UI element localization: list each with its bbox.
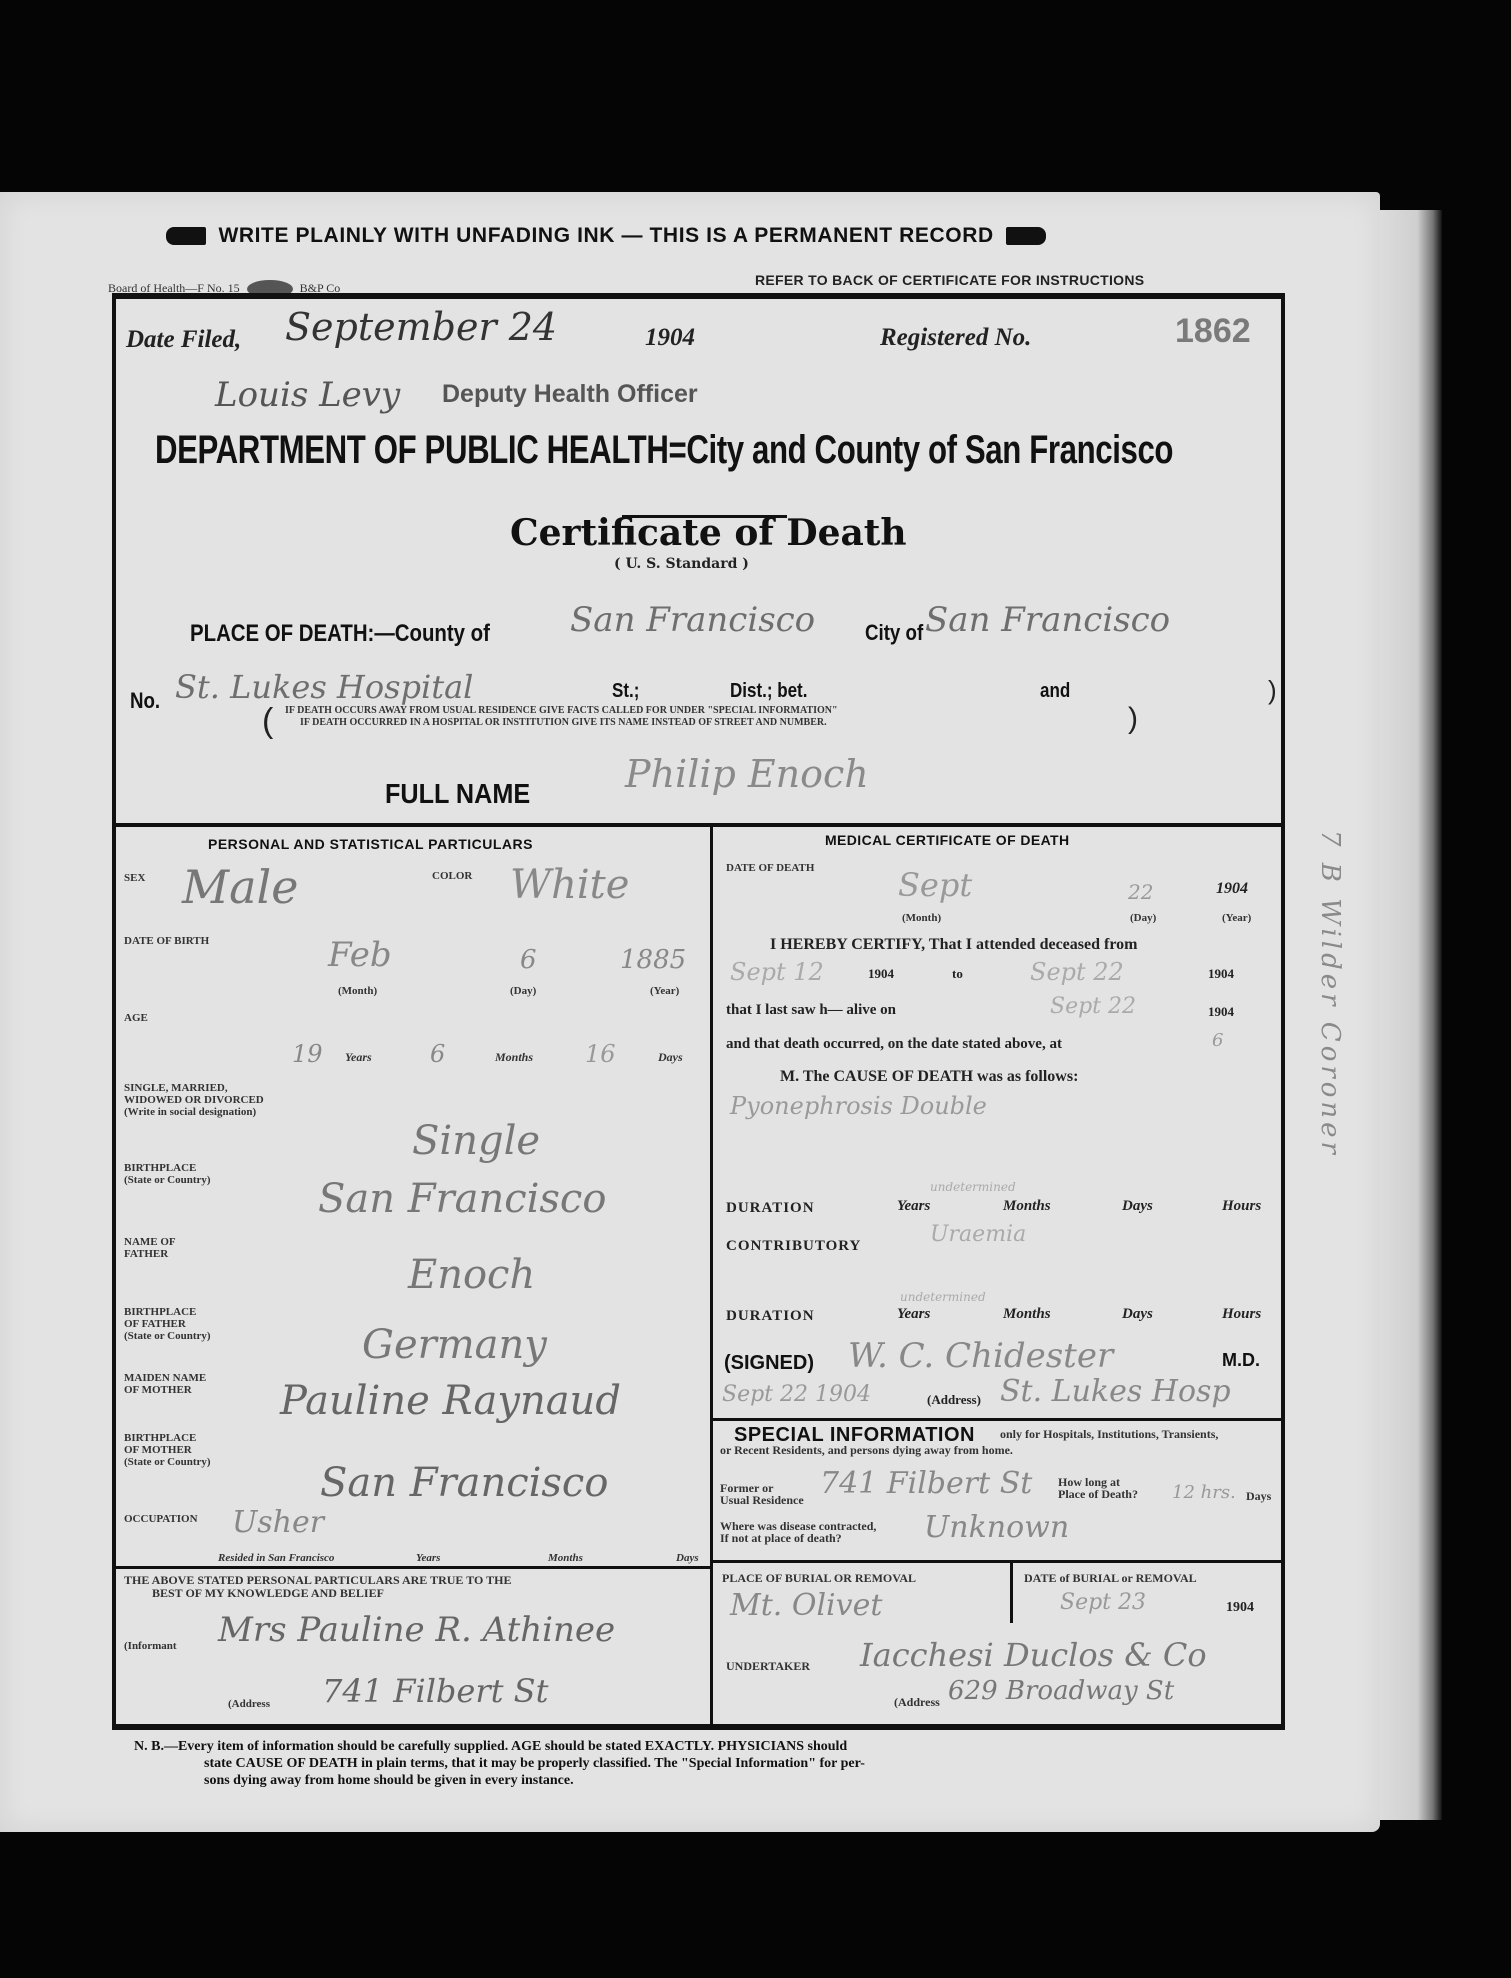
occurred-text: and that death occurred, on the date sta…: [726, 1036, 1062, 1053]
city-label: City of: [865, 620, 923, 646]
undertaker-label: UNDERTAKER: [726, 1660, 810, 1672]
filed-year: 1904: [645, 324, 695, 352]
informant-address-label: (Address: [228, 1698, 270, 1710]
burial-place-label: PLACE OF BURIAL OR REMOVAL: [722, 1572, 916, 1584]
physician-address: St. Lukes Hosp: [1000, 1374, 1231, 1409]
informant-divider: [116, 1566, 710, 1569]
duration1-years: Years: [897, 1198, 930, 1215]
age-days: 16: [585, 1040, 616, 1068]
occupation-label: OCCUPATION: [124, 1513, 198, 1525]
informant-address: 741 Filbert St: [322, 1672, 548, 1710]
howlong-label: How long at Place of Death?: [1058, 1476, 1138, 1500]
duration2-hours: Hours: [1222, 1306, 1261, 1323]
residence-label-line2: Usual Residence: [720, 1494, 804, 1506]
residence-label: Former or Usual Residence: [720, 1482, 804, 1506]
age-months-caption: Months: [495, 1050, 533, 1065]
special-divider: [713, 1418, 1281, 1421]
full-name-value: Philip Enoch: [625, 752, 869, 796]
undertaker-address-label: (Address: [894, 1696, 940, 1708]
banner-text: WRITE PLAINLY WITH UNFADING INK — THIS I…: [218, 224, 993, 247]
mother-label-line2: OF MOTHER: [124, 1384, 206, 1396]
resided-months-caption: Months: [548, 1552, 583, 1564]
mother-bp-line3: (State or Country): [124, 1456, 211, 1468]
attest-text: THE ABOVE STATED PERSONAL PARTICULARS AR…: [124, 1574, 511, 1600]
contributory-value: Uraemia: [930, 1222, 1026, 1247]
signed-label: (SIGNED): [724, 1352, 814, 1375]
sex-value: Male: [182, 860, 298, 914]
occurred-hour: 6: [1212, 1030, 1223, 1051]
street-label: St.;: [612, 680, 639, 703]
paren-open: (: [262, 702, 273, 741]
age-months: 6: [430, 1040, 445, 1068]
howlong-value: 12 hrs.: [1172, 1482, 1236, 1503]
registered-label: Registered No.: [880, 324, 1031, 352]
birthplace-label-line1: BIRTHPLACE: [124, 1162, 211, 1174]
burial-date-value: Sept 23: [1060, 1590, 1146, 1615]
father-label: NAME OF FATHER: [124, 1236, 176, 1260]
pointing-hand-icon: [166, 227, 206, 245]
paren-close: ): [1268, 675, 1277, 706]
father-bp-line1: BIRTHPLACE: [124, 1306, 211, 1318]
certificate-subtitle: ( U. S. Standard ): [614, 556, 749, 572]
column-divider: [710, 827, 713, 1725]
attended-to-year: 1904: [1208, 966, 1234, 982]
age-years-caption: Years: [345, 1050, 372, 1065]
top-banner: WRITE PLAINLY WITH UNFADING INK — THIS I…: [160, 224, 1052, 248]
mother-bp-line1: BIRTHPLACE: [124, 1432, 211, 1444]
dod-label: DATE OF DEATH: [726, 862, 814, 874]
book-binding-edge: [1380, 210, 1442, 1820]
last-saw-text: that I last saw h— alive on: [726, 1002, 896, 1019]
dob-day: 6: [520, 945, 537, 975]
district-label: Dist.; bet.: [730, 680, 807, 703]
pointing-hand-icon: [1006, 227, 1046, 245]
attest-line2: BEST OF MY KNOWLEDGE AND BELIEF: [124, 1587, 511, 1600]
dob-month: Feb: [328, 935, 392, 975]
dod-day-caption: (Day): [1130, 912, 1156, 924]
duration1-note: undetermined: [930, 1180, 1016, 1194]
attended-from-year: 1904: [868, 966, 894, 982]
dod-month: Sept: [898, 866, 972, 904]
duration2-days: Days: [1122, 1306, 1153, 1323]
father-label-line1: NAME OF: [124, 1236, 176, 1248]
cause-text: M. The CAUSE OF DEATH was as follows:: [780, 1068, 1078, 1086]
dob-month-caption: (Month): [338, 985, 377, 997]
full-name-label: FULL NAME: [385, 778, 530, 810]
undertaker-address: 629 Broadway St: [948, 1676, 1174, 1706]
age-days-caption: Days: [658, 1050, 683, 1065]
father-bp-line3: (State or Country): [124, 1330, 211, 1342]
place-note-line1: IF DEATH OCCURS AWAY FROM USUAL RESIDENC…: [285, 705, 838, 717]
date-filed-label: Date Filed,: [126, 326, 241, 354]
age-years: 19: [292, 1040, 323, 1068]
paren-close-2: ): [1128, 702, 1138, 736]
section-divider: [116, 823, 1281, 827]
footer-line2: state CAUSE OF DEATH in plain terms, tha…: [134, 1755, 865, 1772]
physician-signature: W. C. Chidester: [848, 1336, 1113, 1376]
attended-from-date: Sept 12: [730, 958, 824, 986]
duration2-note: undetermined: [900, 1290, 986, 1304]
mother-label-line1: MAIDEN NAME: [124, 1372, 206, 1384]
department-title: DEPARTMENT OF PUBLIC HEALTH=City and Cou…: [155, 428, 1173, 473]
burial-date-label: DATE of BURIAL or REMOVAL: [1024, 1572, 1197, 1584]
footer-note: N. B.—Every item of information should b…: [134, 1738, 865, 1789]
burial-column-divider: [1010, 1563, 1013, 1623]
resided-years-caption: Years: [416, 1552, 440, 1564]
street-number-value: St. Lukes Hospital: [175, 668, 473, 706]
dob-day-caption: (Day): [510, 985, 536, 997]
attended-to-label: to: [952, 966, 963, 982]
dod-day: 22: [1128, 880, 1153, 904]
dod-year-caption: (Year): [1222, 912, 1251, 924]
duration2-label: DURATION: [726, 1308, 815, 1325]
burial-divider: [713, 1560, 1281, 1563]
mother-value: Pauline Raynaud: [280, 1378, 621, 1424]
cause-value: Pyonephrosis Double: [730, 1092, 987, 1120]
birthplace-label-line2: (State or Country): [124, 1174, 211, 1186]
dob-label: DATE OF BIRTH: [124, 935, 209, 947]
color-label: COLOR: [432, 870, 472, 882]
marital-label: SINGLE, MARRIED, WIDOWED OR DIVORCED (Wr…: [124, 1082, 264, 1118]
mother-bp-line2: OF MOTHER: [124, 1444, 211, 1456]
howlong-unit: Days: [1246, 1490, 1271, 1502]
mother-birthplace-label: BIRTHPLACE OF MOTHER (State or Country): [124, 1432, 211, 1468]
registered-number: 1862: [1175, 312, 1251, 351]
burial-year: 1904: [1226, 1600, 1254, 1616]
special-heading-note-2: or Recent Residents, and persons dying a…: [720, 1444, 1013, 1456]
color-value: White: [510, 862, 629, 908]
footer-line1: N. B.—Every item of information should b…: [134, 1738, 865, 1755]
officer-title: Deputy Health Officer: [442, 380, 698, 409]
personal-heading: PERSONAL AND STATISTICAL PARTICULARS: [208, 836, 533, 852]
officer-signature: Louis Levy: [215, 375, 400, 415]
father-label-line2: FATHER: [124, 1248, 176, 1260]
signed-date: Sept 22 1904: [722, 1382, 871, 1407]
no-label: No.: [130, 688, 160, 714]
mother-label: MAIDEN NAME OF MOTHER: [124, 1372, 206, 1396]
undertaker-value: Iacchesi Duclos & Co: [860, 1636, 1207, 1674]
howlong-label-line2: Place of Death?: [1058, 1488, 1138, 1500]
and-label: and: [1040, 680, 1070, 703]
contracted-label-line2: If not at place of death?: [720, 1532, 876, 1544]
residence-value: 741 Filbert St: [820, 1466, 1032, 1501]
marital-label-line1: SINGLE, MARRIED,: [124, 1082, 264, 1094]
father-bp-line2: OF FATHER: [124, 1318, 211, 1330]
contracted-label: Where was disease contracted, If not at …: [720, 1520, 876, 1544]
contracted-value: Unknown: [924, 1510, 1069, 1545]
resided-days-caption: Days: [676, 1552, 699, 1564]
duration2-months: Months: [1003, 1306, 1051, 1323]
duration1-days: Days: [1122, 1198, 1153, 1215]
father-birthplace-label: BIRTHPLACE OF FATHER (State or Country): [124, 1306, 211, 1342]
occupation-value: Usher: [232, 1505, 324, 1540]
date-filed-value: September 24: [285, 305, 557, 349]
informant-label: (Informant: [124, 1640, 177, 1652]
medical-heading: MEDICAL CERTIFICATE OF DEATH: [825, 832, 1070, 848]
certificate-title: Certificate of Death: [510, 512, 907, 554]
resided-label: Resided in San Francisco: [218, 1552, 334, 1564]
birthplace-value: San Francisco: [318, 1176, 606, 1222]
marital-value: Single: [412, 1118, 540, 1164]
age-label: AGE: [124, 1012, 148, 1024]
marital-label-line2: WIDOWED OR DIVORCED: [124, 1094, 264, 1106]
dod-month-caption: (Month): [902, 912, 941, 924]
duration1-label: DURATION: [726, 1200, 815, 1217]
dob-year-caption: (Year): [650, 985, 679, 997]
margin-handwritten-note: 7 B Wilder Coroner: [1305, 830, 1345, 1250]
footer-line3: sons dying away from home should be give…: [134, 1772, 865, 1789]
birthplace-label: BIRTHPLACE (State or Country): [124, 1162, 211, 1186]
burial-place-value: Mt. Olivet: [730, 1588, 882, 1623]
duration2-years: Years: [897, 1306, 930, 1323]
special-heading-note: only for Hospitals, Institutions, Transi…: [1000, 1428, 1218, 1440]
dob-year: 1885: [620, 945, 686, 975]
md-label: M.D.: [1222, 1350, 1260, 1371]
marital-label-line3: (Write in social designation): [124, 1106, 264, 1118]
dod-year: 1904: [1216, 880, 1248, 898]
last-saw-date: Sept 22: [1050, 994, 1136, 1019]
refer-instructions: REFER TO BACK OF CERTIFICATE FOR INSTRUC…: [755, 272, 1144, 288]
last-saw-year: 1904: [1208, 1004, 1234, 1020]
city-value: San Francisco: [925, 600, 1170, 640]
father-value: Enoch: [408, 1252, 535, 1298]
mother-birthplace-value: San Francisco: [320, 1460, 608, 1506]
informant-name: Mrs Pauline R. Athinee: [218, 1610, 615, 1650]
attended-to-date: Sept 22: [1030, 958, 1124, 986]
physician-address-label: (Address): [927, 1392, 981, 1408]
father-birthplace-value: Germany: [362, 1322, 547, 1368]
contributory-label: CONTRIBUTORY: [726, 1238, 861, 1255]
place-note-line2: IF DEATH OCCURRED IN A HOSPITAL OR INSTI…: [300, 717, 827, 729]
duration1-hours: Hours: [1222, 1198, 1261, 1215]
sex-label: SEX: [124, 872, 145, 884]
certify-text: I HEREBY CERTIFY, That I attended deceas…: [770, 936, 1137, 954]
place-of-death-label: PLACE OF DEATH:—County of: [190, 620, 490, 648]
duration1-months: Months: [1003, 1198, 1051, 1215]
county-value: San Francisco: [570, 600, 815, 640]
